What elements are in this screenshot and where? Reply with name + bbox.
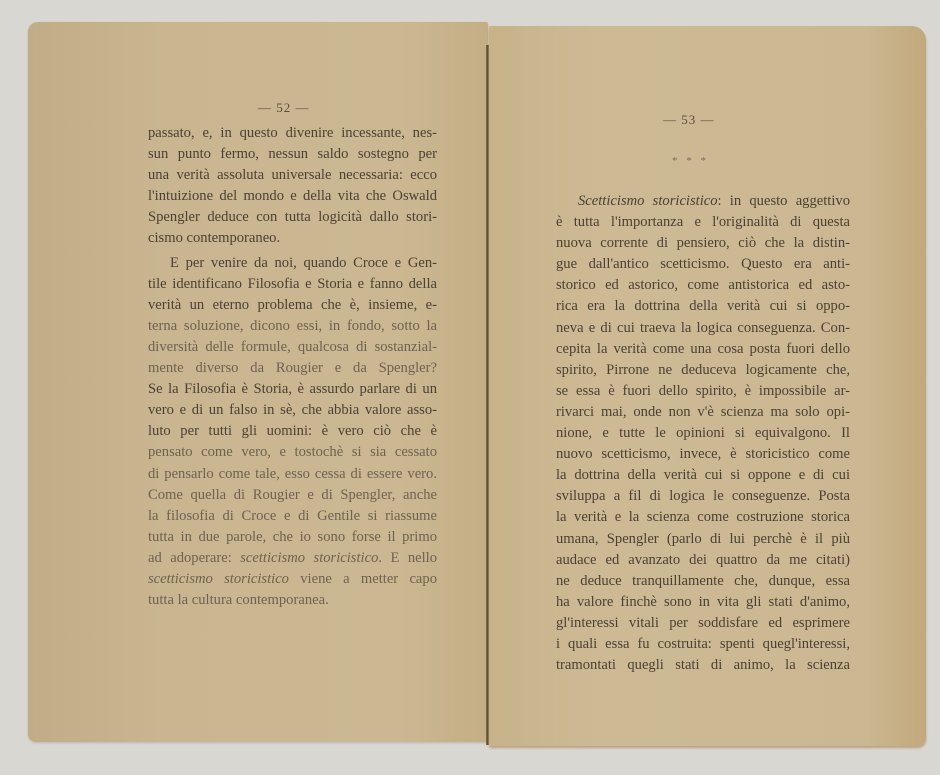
- text-line: Scetticismo storicistico: in questo agge…: [556, 191, 850, 212]
- text-line: rica era la dottrina della verità cui si…: [556, 296, 850, 317]
- text-line: luto per tutti gli uomini: è vero ciò ch…: [148, 421, 437, 442]
- text-line: sun punto fermo, nessun saldo sostegno p…: [148, 144, 437, 165]
- italic-phrase: scetticismo storicistico: [148, 571, 289, 587]
- book-gutter: [486, 45, 489, 745]
- text-line: passato, e, in questo divenire incessant…: [148, 123, 437, 144]
- text-line: spirito, Pirrone ne deduceva logicamente…: [556, 360, 850, 381]
- text-line: verità un eterno problema che è, insieme…: [148, 295, 437, 316]
- text-line: tile identificano Filosofia e Storia e f…: [148, 274, 437, 295]
- text-line: tramontati quegli stati di animo, la sci…: [556, 655, 850, 676]
- section-separator: * * *: [672, 155, 709, 167]
- text-line: la dottrina della verità cui si oppone e…: [556, 465, 850, 486]
- text-line: umana, Spengler (parlo di lui perchè è i…: [556, 529, 850, 550]
- text-line: ad adoperare: scetticismo storicistico. …: [148, 548, 437, 569]
- text-line: storico ed astorico, come antistorica ed…: [556, 275, 850, 296]
- text-line: Spengler deduce con tutta logicità dallo…: [148, 207, 437, 228]
- right-page-number: — 53 —: [663, 112, 715, 128]
- right-page-text: Scetticismo storicistico: in questo agge…: [556, 191, 850, 676]
- text-line: nione, e tutte le opinioni si equivalgon…: [556, 423, 850, 444]
- text-line: cismo contemporaneo.: [148, 228, 437, 249]
- text-line: gue dall'antico scetticismo. Questo era …: [556, 254, 850, 275]
- text-line: di pensarlo come tale, esso cessa di ess…: [148, 464, 437, 485]
- text-line: E per venire da noi, quando Croce e Gen-: [148, 253, 437, 274]
- text-line: nuova corrente di pensiero, ciò che la d…: [556, 233, 850, 254]
- text-line: gl'interessi vitali per soddisfare ed es…: [556, 613, 850, 634]
- text-line: neva e di cui traeva la logica conseguen…: [556, 318, 850, 339]
- text-line: Se la Filosofia è Storia, è assurdo parl…: [148, 379, 437, 400]
- text-line: pensato come vero, e tostochè si sia ces…: [148, 442, 437, 463]
- text-line: audace ed avanzato dei quattro da me cit…: [556, 550, 850, 571]
- text-line: terna soluzione, dicono essi, in fondo, …: [148, 316, 437, 337]
- text-line: l'intuizione del mondo e della vita che …: [148, 186, 437, 207]
- text-line: mente diverso da Rougier e da Spengler?: [148, 358, 437, 379]
- text-line: la filosofia di Croce e di Gentile si ri…: [148, 506, 437, 527]
- italic-phrase: scetticismo storicistico: [240, 550, 378, 566]
- text-line: nuovo scetticismo, invece, è storicistic…: [556, 444, 850, 465]
- text-line: scetticismo storicistico viene a metter …: [148, 569, 437, 590]
- text-line: tutta in due parole, che io sono forse i…: [148, 527, 437, 548]
- text-line: i quali essa fu costruita: spenti quegl'…: [556, 634, 850, 655]
- text-line: Come quella di Rougier e di Spengler, an…: [148, 485, 437, 506]
- text-line: è tutta l'importanza e l'originalità di …: [556, 212, 850, 233]
- text-line: ne deduce tranquillamente che, dunque, e…: [556, 571, 850, 592]
- text-line: cepita la verità come una cosa posta fuo…: [556, 339, 850, 360]
- left-page-text: passato, e, in questo divenire incessant…: [148, 123, 437, 611]
- left-page-number: — 52 —: [258, 100, 310, 116]
- text-line: se essa è fuori dello spirito, è impossi…: [556, 381, 850, 402]
- text-line: una verità assoluta universale necessari…: [148, 165, 437, 186]
- lead-italic: Scetticismo storicistico: [578, 193, 718, 209]
- text-line: rivarci mai, onde non v'è scienza ma sol…: [556, 402, 850, 423]
- text-line: ha valore finchè sono in vita gli stati …: [556, 592, 850, 613]
- text-line: sviluppa a fil di logica le conseguenze.…: [556, 486, 850, 507]
- text-line: diversità delle formule, qualcosa di sos…: [148, 337, 437, 358]
- text-line: la verità e la scienza come costruzione …: [556, 507, 850, 528]
- text-line: tutta la cultura contemporanea.: [148, 590, 437, 611]
- text-line: vero e di un falso in sè, che abbia valo…: [148, 400, 437, 421]
